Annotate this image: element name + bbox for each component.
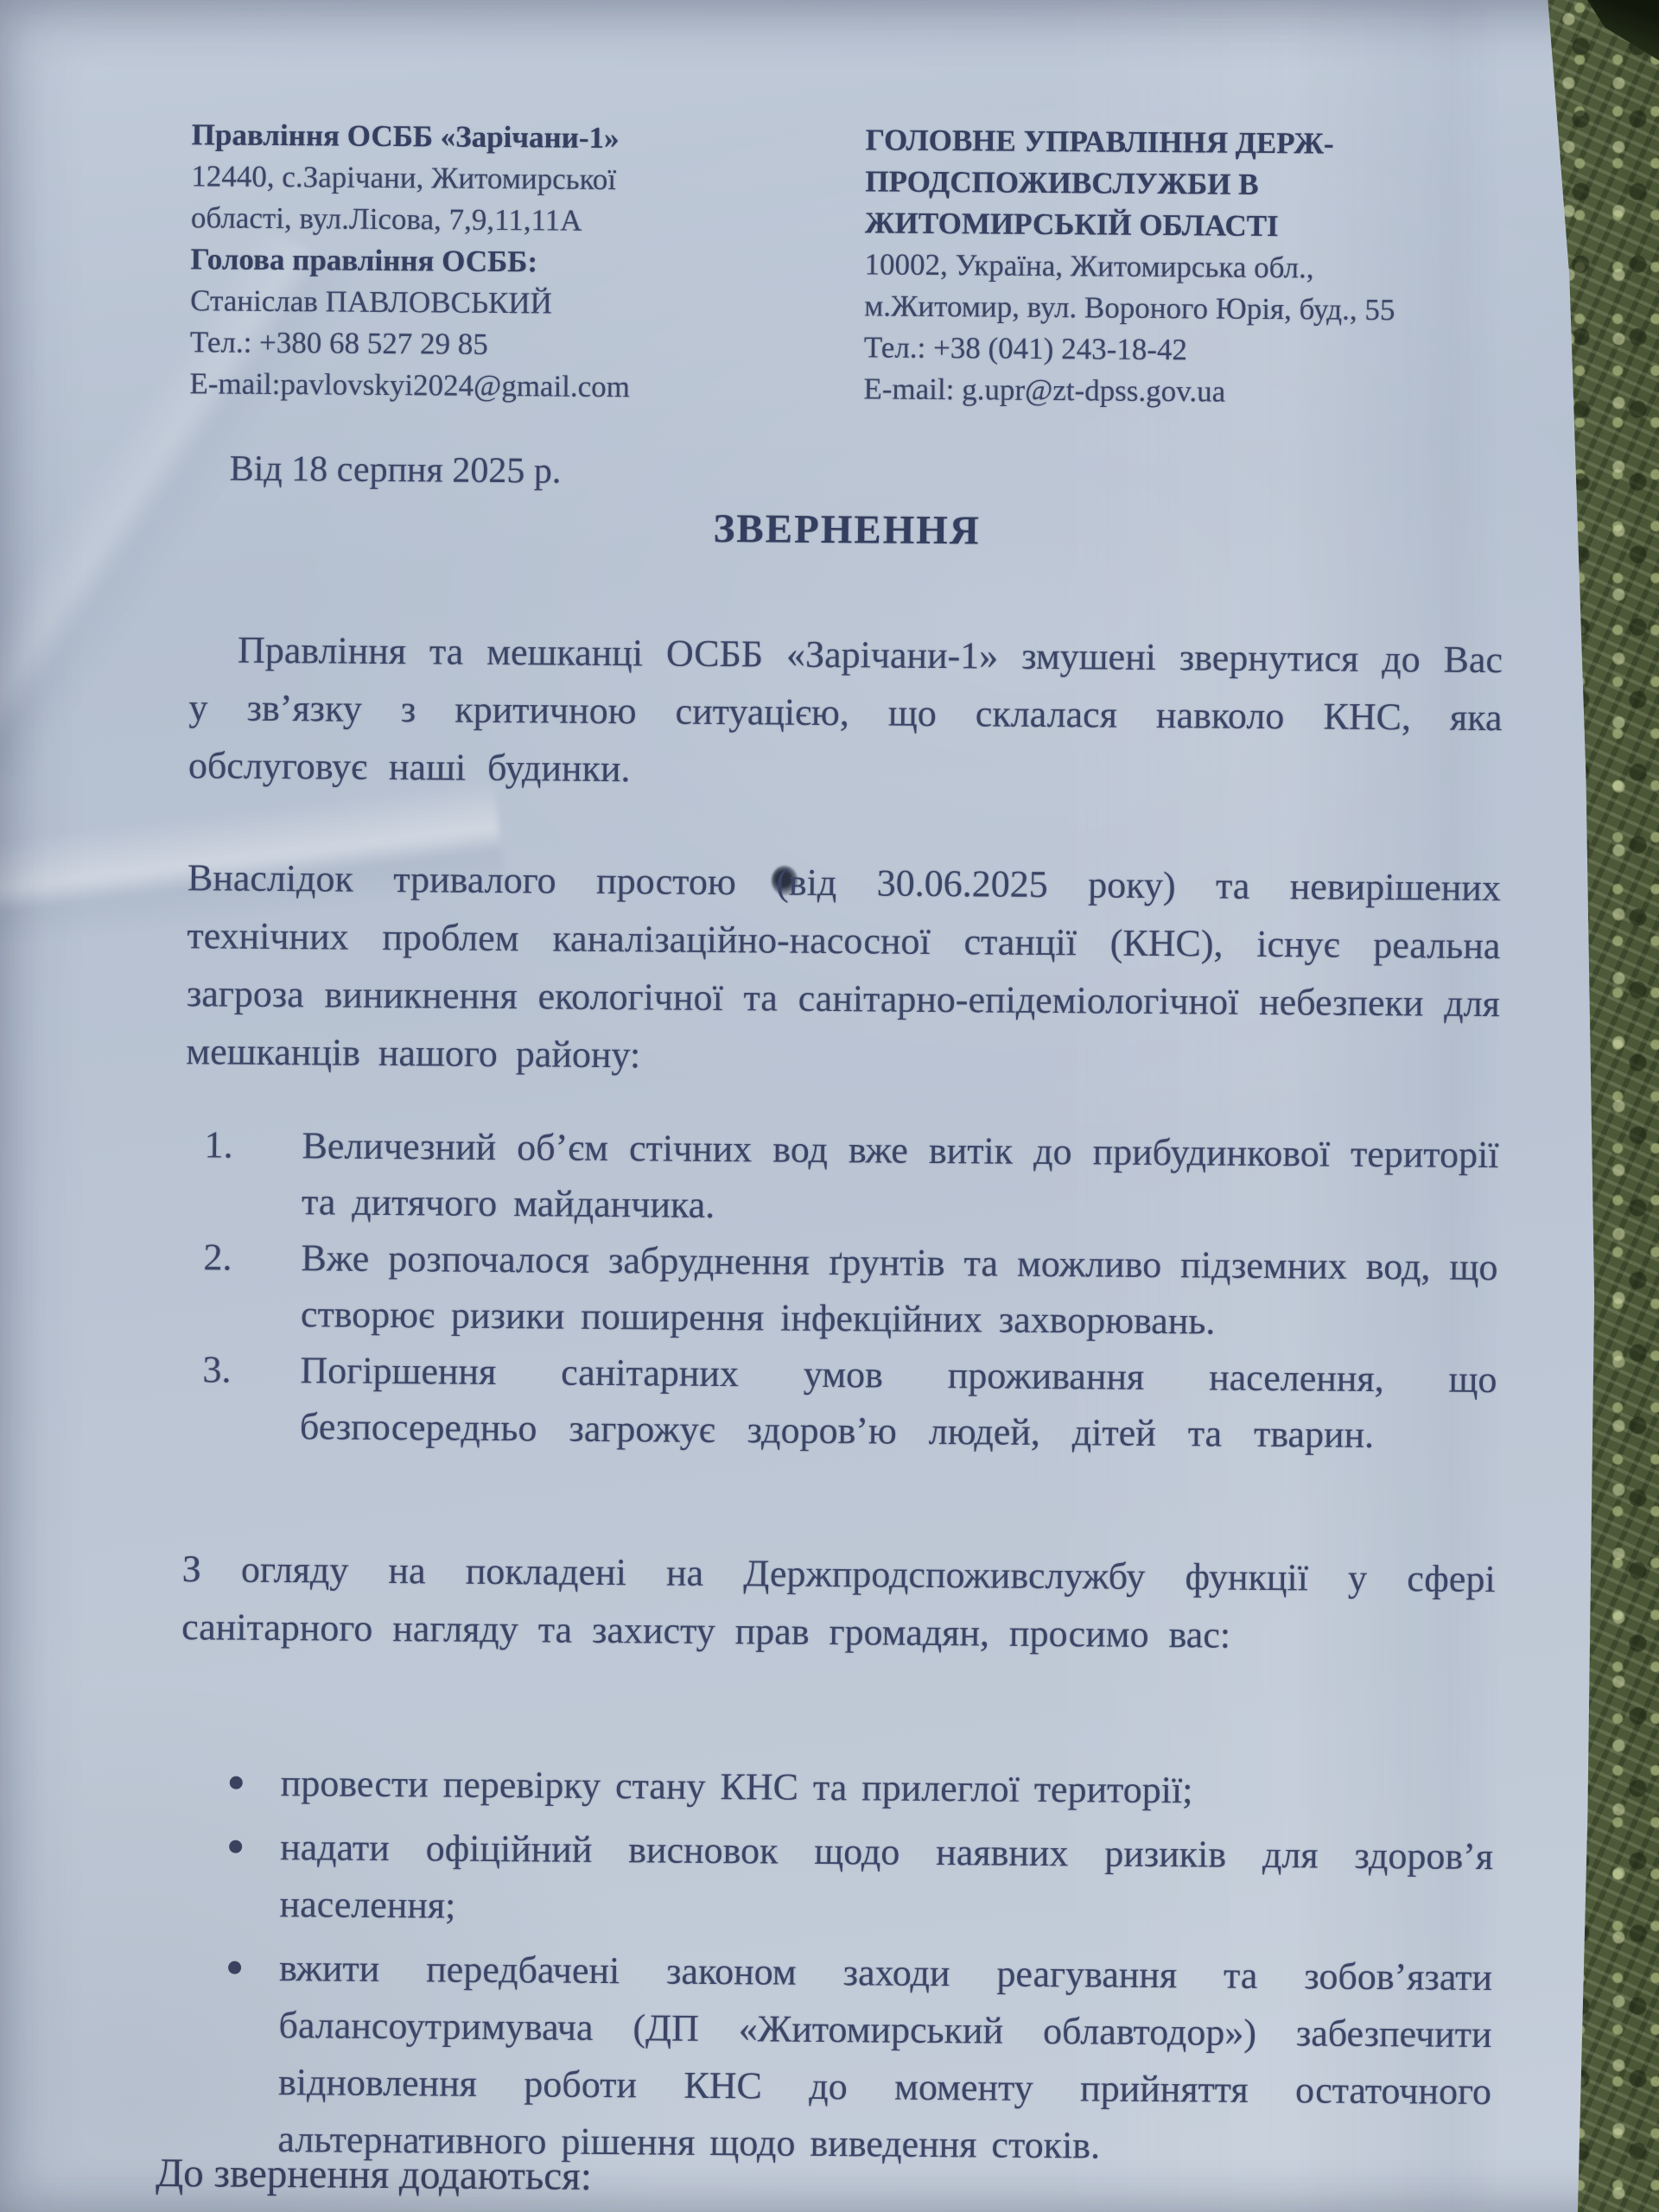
bullet-text: надати офіційний висновок щодо наявних р…	[279, 1819, 1493, 1942]
item-number: 1.	[185, 1116, 302, 1230]
intro-paragraph: Правління та мешканці ОСББ «Зарічани-1» …	[188, 620, 1503, 804]
bullet-item: вжити передбачені законом заходи реагува…	[177, 1939, 1492, 2177]
sender-address-line2: області, вул.Лісова, 7,9,11,11А	[191, 197, 632, 242]
attachments-heading: До звернення додаються:	[156, 2150, 592, 2200]
item-text: Величезний об’єм стічних вод вже витік д…	[302, 1117, 1499, 1239]
item-text: Погіршення санітарних умов проживання на…	[300, 1342, 1497, 1464]
letter-title: ЗВЕРНЕННЯ	[190, 501, 1503, 558]
recipient-block: ГОЛОВНЕ УПРАВЛІННЯ ДЕРЖ- ПРОДСПОЖИВСЛУЖБ…	[863, 119, 1396, 414]
sender-head-name: Станіслав ПАВЛОВСЬКИЙ	[190, 280, 631, 325]
sender-phone: Тел.: +380 68 527 29 85	[190, 321, 631, 366]
recipient-name-line1: ГОЛОВНЕ УПРАВЛІННЯ ДЕРЖ-	[866, 119, 1397, 165]
bullet-icon	[181, 1754, 282, 1812]
bullet-item: провести перевірку стану КНС та прилегло…	[181, 1754, 1494, 1821]
numbered-list: 1. Величезний об’єм стічних вод вже виті…	[183, 1116, 1499, 1464]
recipient-address-line2: м.Житомир, вул. Вороного Юрія, буд., 55	[864, 285, 1395, 331]
photo-scene: Правління ОСББ «Зарічани-1» 12440, с.Зар…	[0, 0, 1659, 2212]
recipient-address-line1: 10002, Україна, Житомирська обл.,	[864, 244, 1395, 289]
recipient-phone: Тел.: +38 (041) 243-18-42	[864, 327, 1395, 372]
request-intro-paragraph: З огляду на покладені на Держпродспоживс…	[181, 1540, 1496, 1666]
bullet-text: вжити передбачені законом заходи реагува…	[277, 1940, 1492, 2177]
numbered-item: 2. Вже розпочалося забруднення ґрунтів т…	[184, 1229, 1498, 1351]
sender-head-label: Голова правління ОСББ:	[190, 238, 631, 283]
letter-content: Правління ОСББ «Зарічани-1» 12440, с.Зар…	[0, 0, 1659, 2212]
sender-address-line1: 12440, с.Зарічани, Житомирської	[191, 156, 632, 200]
bullet-icon	[179, 1818, 280, 1933]
bullet-icon	[177, 1939, 279, 2168]
letterhead: Правління ОСББ «Зарічани-1» 12440, с.Зар…	[0, 112, 1658, 419]
sender-title: Правління ОСББ «Зарічани-1»	[192, 114, 632, 159]
item-text: Вже розпочалося забруднення ґрунтів та м…	[301, 1230, 1498, 1351]
recipient-name-line2: ПРОДСПОЖИВСЛУЖБИ В	[865, 161, 1396, 207]
recipient-email: E-mail: g.upr@zt-dpss.gov.ua	[863, 368, 1395, 414]
item-number: 2.	[184, 1229, 302, 1342]
numbered-item: 1. Величезний об’єм стічних вод вже виті…	[185, 1116, 1499, 1239]
bullet-item: надати офіційний висновок щодо наявних р…	[179, 1818, 1493, 1942]
document-paper: Правління ОСББ «Зарічани-1» 12440, с.Зар…	[0, 0, 1659, 2212]
recipient-name-line3: ЖИТОМИРСЬКІЙ ОБЛАСТІ	[865, 202, 1396, 248]
situation-paragraph: Внаслідок тривалого простою (від 30.06.2…	[186, 849, 1501, 1090]
numbered-item: 3. Погіршення санітарних умов проживання…	[183, 1341, 1497, 1464]
bullet-list: провести перевірку стану КНС та прилегло…	[177, 1754, 1494, 2184]
date-line: Від 18 серпня 2025 р.	[230, 448, 562, 493]
sender-block: Правління ОСББ «Зарічани-1» 12440, с.Зар…	[189, 114, 632, 408]
bullet-text: провести перевірку стану КНС та прилегло…	[281, 1755, 1494, 1821]
sender-email: E-mail:pavlovskyi2024@gmail.com	[189, 363, 630, 408]
item-number: 3.	[183, 1341, 301, 1454]
